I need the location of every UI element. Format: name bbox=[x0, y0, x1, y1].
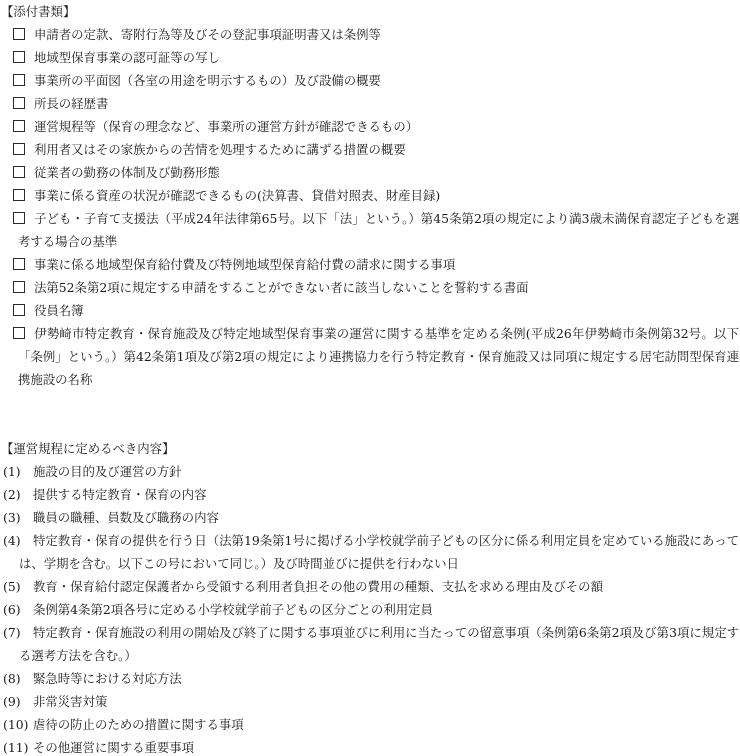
checklist-item: 運営規程等（保育の理念など、事業所の運営方針が確認できるもの） bbox=[1, 115, 739, 138]
numbered-item-text: 特定教育・保育の提供を行う日（法第19条第1号に掲げる小学校就学前子どもの区分に… bbox=[19, 533, 739, 571]
checklist-item-text: 法第52条第2項に規定する申請をすることができない者に該当しないことを誓約する書… bbox=[34, 280, 529, 295]
checklist-item-text: 役員名簿 bbox=[34, 303, 84, 318]
checklist-item: 所長の経歴書 bbox=[1, 92, 739, 115]
checklist-item-text: 事業所の平面図（各室の用途を明示するもの）及び設備の概要 bbox=[34, 73, 381, 88]
checklist-item: 事業所の平面図（各室の用途を明示するもの）及び設備の概要 bbox=[1, 69, 739, 92]
numbered-item-number: (11) bbox=[3, 736, 33, 756]
checklist-item: 事業に係る資産の状況が確認できるもの(決算書、貸借対照表、財産目録) bbox=[1, 184, 739, 207]
numbered-item-number: (3) bbox=[3, 506, 33, 529]
checklist-item: 地域型保育事業の認可証等の写し bbox=[1, 46, 739, 69]
attachments-section: 【添付書類】 申請者の定款、寄附行為等及びその登記事項証明書又は条例等地域型保育… bbox=[1, 0, 739, 391]
numbered-item: (4)特定教育・保育の提供を行う日（法第19条第1号に掲げる小学校就学前子どもの… bbox=[1, 529, 739, 575]
numbered-item-number: (4) bbox=[3, 529, 33, 552]
checklist-item-text: 伊勢崎市特定教育・保育施設及び特定地域型保育事業の運営に関する基準を定める条例(… bbox=[18, 326, 739, 387]
numbered-item: (1)施設の目的及び運営の方針 bbox=[1, 460, 739, 483]
checkbox-icon bbox=[13, 120, 25, 132]
numbered-item: (8)緊急時等における対応方法 bbox=[1, 667, 739, 690]
checkbox-icon bbox=[13, 97, 25, 109]
checkbox-icon bbox=[13, 28, 25, 40]
attachments-checklist: 申請者の定款、寄附行為等及びその登記事項証明書又は条例等地域型保育事業の認可証等… bbox=[1, 23, 739, 391]
numbered-item-text: 特定教育・保育施設の利用の開始及び終了に関する事項並びに利用に当たっての留意事項… bbox=[19, 625, 739, 663]
checklist-item: 申請者の定款、寄附行為等及びその登記事項証明書又は条例等 bbox=[1, 23, 739, 46]
numbered-item-number: (5) bbox=[3, 575, 33, 598]
numbered-item-number: (6) bbox=[3, 598, 33, 621]
numbered-item-number: (10) bbox=[3, 713, 33, 736]
checklist-item: 子ども・子育て支援法（平成24年法律第65号。以下「法」という。）第45条第2項… bbox=[1, 207, 739, 253]
numbered-item: (6)条例第4条第2項各号に定める小学校就学前子どもの区分ごとの利用定員 bbox=[1, 598, 739, 621]
numbered-item: (5)教育・保育給付認定保護者から受領する利用者負担その他の費用の種類、支払を求… bbox=[1, 575, 739, 598]
checklist-item-text: 所長の経歴書 bbox=[34, 96, 108, 111]
checklist-item-text: 申請者の定款、寄附行為等及びその登記事項証明書又は条例等 bbox=[34, 27, 381, 42]
numbered-item: (11)その他運営に関する重要事項 bbox=[1, 736, 739, 756]
checkbox-icon bbox=[13, 281, 25, 293]
checkbox-icon bbox=[13, 212, 25, 224]
checklist-item-text: 事業に係る資産の状況が確認できるもの(決算書、貸借対照表、財産目録) bbox=[34, 188, 440, 203]
numbered-item: (2)提供する特定教育・保育の内容 bbox=[1, 483, 739, 506]
numbered-item: (3)職員の職種、員数及び職務の内容 bbox=[1, 506, 739, 529]
numbered-item-text: 教育・保育給付認定保護者から受領する利用者負担その他の費用の種類、支払を求める理… bbox=[33, 579, 603, 594]
numbered-item-number: (7) bbox=[3, 621, 33, 644]
numbered-item-number: (1) bbox=[3, 460, 33, 483]
numbered-item: (9)非常災害対策 bbox=[1, 690, 739, 713]
checklist-item-text: 事業に係る地域型保育給付費及び特例地域型保育給付費の請求に関する事項 bbox=[34, 257, 455, 272]
regulations-section-title: 【運営規程に定めるべき内容】 bbox=[1, 437, 739, 460]
checkbox-icon bbox=[13, 51, 25, 63]
regulations-numbered-list: (1)施設の目的及び運営の方針(2)提供する特定教育・保育の内容(3)職員の職種… bbox=[1, 460, 739, 756]
checklist-item: 事業に係る地域型保育給付費及び特例地域型保育給付費の請求に関する事項 bbox=[1, 253, 739, 276]
checkbox-icon bbox=[13, 166, 25, 178]
numbered-item-text: 緊急時等における対応方法 bbox=[33, 671, 182, 686]
checkbox-icon bbox=[13, 327, 25, 339]
numbered-item-text: 施設の目的及び運営の方針 bbox=[33, 464, 182, 479]
regulations-section: 【運営規程に定めるべき内容】 (1)施設の目的及び運営の方針(2)提供する特定教… bbox=[1, 437, 739, 756]
numbered-item-text: 非常災害対策 bbox=[33, 694, 107, 709]
checkbox-icon bbox=[13, 304, 25, 316]
checklist-item: 伊勢崎市特定教育・保育施設及び特定地域型保育事業の運営に関する基準を定める条例(… bbox=[1, 322, 739, 391]
document-page: 【添付書類】 申請者の定款、寄附行為等及びその登記事項証明書又は条例等地域型保育… bbox=[0, 0, 740, 756]
attachments-section-title: 【添付書類】 bbox=[1, 0, 739, 23]
checkbox-icon bbox=[13, 74, 25, 86]
checklist-item-text: 地域型保育事業の認可証等の写し bbox=[34, 50, 220, 65]
checklist-item: 法第52条第2項に規定する申請をすることができない者に該当しないことを誓約する書… bbox=[1, 276, 739, 299]
numbered-item-text: その他運営に関する重要事項 bbox=[33, 740, 194, 755]
numbered-item-number: (9) bbox=[3, 690, 33, 713]
numbered-item-text: 職員の職種、員数及び職務の内容 bbox=[33, 510, 219, 525]
checkbox-icon bbox=[13, 143, 25, 155]
numbered-item: (10)虐待の防止のための措置に関する事項 bbox=[1, 713, 739, 736]
checklist-item: 利用者又はその家族からの苦情を処理するために講ずる措置の概要 bbox=[1, 138, 739, 161]
checklist-item-text: 運営規程等（保育の理念など、事業所の運営方針が確認できるもの） bbox=[34, 119, 418, 134]
checklist-item-text: 子ども・子育て支援法（平成24年法律第65号。以下「法」という。）第45条第2項… bbox=[18, 211, 739, 249]
numbered-item-number: (8) bbox=[3, 667, 33, 690]
checklist-item: 役員名簿 bbox=[1, 299, 739, 322]
checklist-item: 従業者の勤務の体制及び勤務形態 bbox=[1, 161, 739, 184]
checkbox-icon bbox=[13, 189, 25, 201]
numbered-item: (7)特定教育・保育施設の利用の開始及び終了に関する事項並びに利用に当たっての留… bbox=[1, 621, 739, 667]
numbered-item-number: (2) bbox=[3, 483, 33, 506]
numbered-item-text: 条例第4条第2項各号に定める小学校就学前子どもの区分ごとの利用定員 bbox=[33, 602, 433, 617]
checklist-item-text: 従業者の勤務の体制及び勤務形態 bbox=[34, 165, 220, 180]
checkbox-icon bbox=[13, 258, 25, 270]
numbered-item-text: 提供する特定教育・保育の内容 bbox=[33, 487, 206, 502]
checklist-item-text: 利用者又はその家族からの苦情を処理するために講ずる措置の概要 bbox=[34, 142, 406, 157]
numbered-item-text: 虐待の防止のための措置に関する事項 bbox=[33, 717, 244, 732]
